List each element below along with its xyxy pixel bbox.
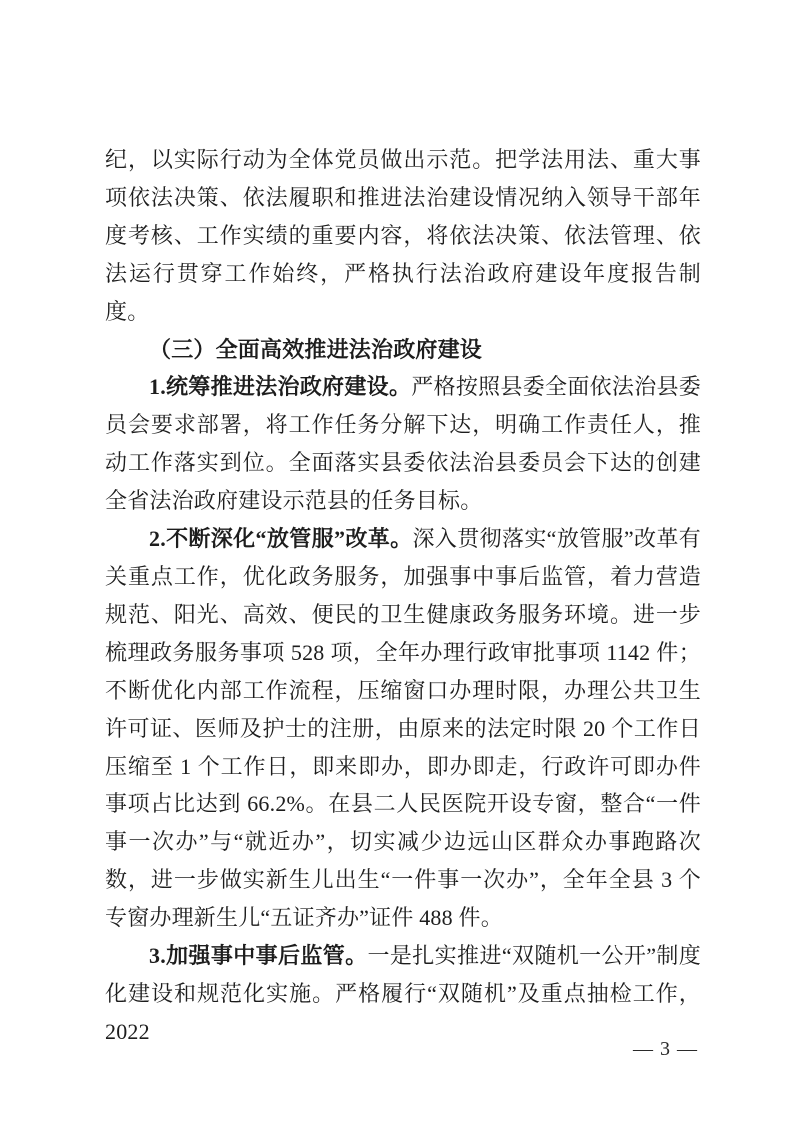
paragraph-lead: 2.不断深化“放管服”改革。 bbox=[149, 526, 412, 551]
paragraph: 1.统筹推进法治政府建设。严格按照县委全面依法治县委员会要求部署，将工作任务分解… bbox=[105, 368, 701, 520]
document-body: 纪，以实际行动为全体党员做出示范。把学法用法、重大事项依法决策、依法履职和推进法… bbox=[105, 141, 701, 1051]
page-number: — 3 — bbox=[633, 1036, 698, 1062]
paragraph: 3.加强事中事后监管。一是扎实推进“双随机一公开”制度化建设和规范化实施。严格履… bbox=[105, 937, 701, 1051]
paragraph-lead: 3.加强事中事后监管。 bbox=[149, 943, 368, 968]
paragraph-lead: 1.统筹推进法治政府建设。 bbox=[149, 374, 411, 399]
paragraph: 2.不断深化“放管服”改革。深入贯彻落实“放管服”改革有关重点工作，优化政务服务… bbox=[105, 520, 701, 937]
section-heading: （三）全面高效推进法治政府建设 bbox=[105, 331, 701, 369]
paragraph: 纪，以实际行动为全体党员做出示范。把学法用法、重大事项依法决策、依法履职和推进法… bbox=[105, 141, 701, 331]
document-page: 纪，以实际行动为全体党员做出示范。把学法用法、重大事项依法决策、依法履职和推进法… bbox=[0, 0, 793, 1122]
